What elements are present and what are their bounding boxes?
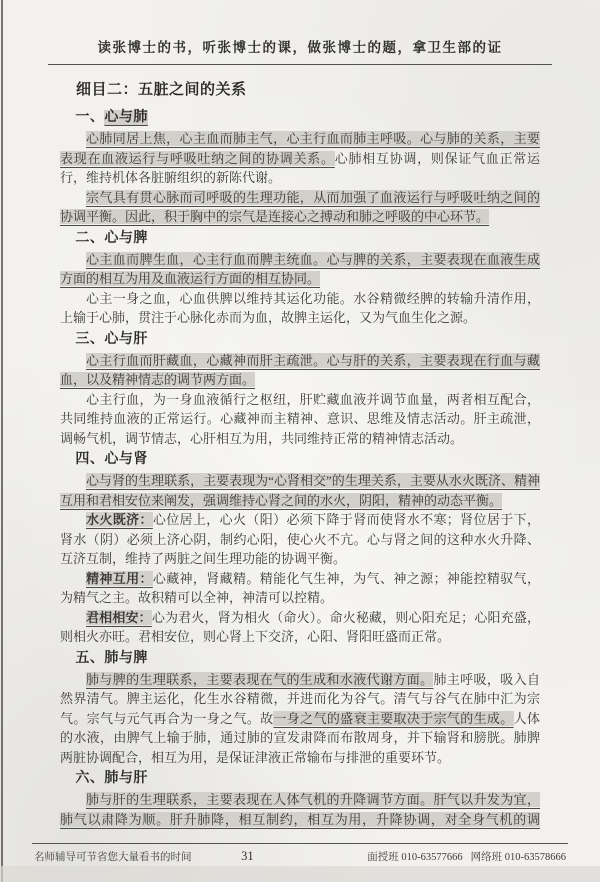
footer-contacts: 面授班 010-63577666网络班 010-63578666 (359, 849, 566, 864)
term-label: 精神互用： (86, 571, 153, 586)
paragraph: 心主行血，为一身血液循行之枢纽，肝贮藏血液并调节血量，两者相互配合，共同维持血液… (60, 390, 540, 449)
paragraph: 精神互用：心藏神，肾藏精。精能化气生神，为气、神之源；神能控精驭气，为精气之主。… (60, 569, 540, 608)
paragraph: 心主一身之血，心血供脾以维持其运化功能。水谷精微经脾的转输升清作用，上输于心肺，… (60, 289, 540, 328)
highlighted-run: 心主血而脾生血，心主行血而脾主统血。心与脾的关系，主要表现在血液生成方面的相互为… (60, 252, 540, 287)
footer-contact-online: 网络班 010-63578666 (471, 852, 566, 863)
paragraph: 心主行血而肝藏血，心藏神而肝主疏泄。心与肝的关系，主要表现在行血与藏血，以及精神… (60, 351, 540, 390)
paragraph: 肺与肝的生理联系，主要表现在人体气机的升降调节方面。肝气以升发为宜，肺气以肃降为… (60, 790, 540, 831)
section-heading: 六、肺与肝 (60, 768, 540, 789)
page-number: 31 (241, 849, 254, 864)
paragraph: 君相相安：心为君火，肾为相火（命火）。命火秘藏，则心阳充足；心阳充盛，则相火亦旺… (60, 608, 540, 647)
section-name: 肺与脾 (104, 651, 148, 666)
highlighted-run: 肺与肝的生理联系，主要表现在人体气机的升降调节方面。肝气以升发为宜，肺气以肃降为… (60, 792, 540, 831)
paragraph: 肺与脾的生理联系，主要表现在气的生成和水液代谢方面。肺主呼吸，吸入自然界清气。脾… (60, 670, 540, 768)
section-name: 心与脾 (104, 231, 148, 246)
section-number: 二、 (75, 231, 104, 246)
term-label: 君相相安： (86, 610, 152, 625)
section-number: 一、 (75, 110, 104, 125)
highlighted-run: 宗气具有贯心脉而司呼吸的生理功能，从而加强了血液运行与呼吸吐纳之间的协调平衡。因… (60, 190, 540, 225)
text-run: 心主行血，为一身血液循行之枢纽，肝贮藏血液并调节血量，两者相互配合，共同维持血液… (60, 392, 540, 446)
section-heading: 三、心与肝 (60, 329, 540, 350)
section-number: 五、 (75, 651, 104, 666)
page-content: 细目二：五脏之间的关系 一、心与肺 心肺同居上焦，心主血而肺主气，心主行血而肺主… (0, 65, 600, 831)
section-name: 肺与肝 (104, 771, 148, 786)
scan-left-edge (1, 0, 3, 882)
section-heading: 五、肺与脾 (60, 648, 540, 669)
section-heart-lung: 一、心与肺 心肺同居上焦，心主血而肺主气，心主行血而肺主呼吸。心与肺的关系，主要… (60, 107, 540, 227)
section-heading: 四、心与肾 (60, 449, 540, 470)
paragraph: 水火既济：心位居上，心火（阳）必须下降于肾而使肾水不寒；肾位居于下，肾水（阴）必… (60, 510, 540, 569)
section-heading: 一、心与肺 (60, 107, 540, 128)
page-title: 细目二：五脏之间的关系 (76, 79, 540, 101)
page-footer: 名师辅导可节省您大量看书的时间 31 面授班 010-63577666网络班 0… (0, 843, 600, 864)
section-name: 心与肺 (104, 110, 148, 125)
footer-divider (32, 843, 568, 844)
section-heart-spleen: 二、心与脾 心主血而脾生血，心主行血而脾主统血。心与脾的关系，主要表现在血液生成… (60, 228, 540, 328)
section-name: 心与肾 (104, 452, 148, 467)
section-name: 心与肝 (104, 332, 148, 347)
term-label: 水火既济： (86, 512, 153, 527)
highlighted-run: 心与肾的生理联系，主要表现为“心肾相交”的生理关系，主要从水火既济、精神互用和君… (60, 473, 540, 508)
section-number: 四、 (75, 452, 104, 467)
highlighted-run: 肺与脾的生理联系，主要表现在气的生成和水液代谢方面。 (86, 672, 433, 687)
paragraph: 宗气具有贯心脉而司呼吸的生理功能，从而加强了血液运行与呼吸吐纳之间的协调平衡。因… (60, 188, 540, 227)
section-number: 六、 (75, 771, 104, 786)
paragraph: 心肺同居上焦，心主血而肺主气，心主行血而肺主呼吸。心与肺的关系，主要表现在血液运… (60, 129, 540, 188)
paragraph: 心与肾的生理联系，主要表现为“心肾相交”的生理关系，主要从水火既济、精神互用和君… (60, 471, 540, 510)
highlighted-run: 心主行血而肝藏血，心藏神而肝主疏泄。心与肝的关系，主要表现在行血与藏血，以及精神… (60, 353, 540, 388)
section-lung-liver: 六、肺与肝 肺与肝的生理联系，主要表现在人体气机的升降调节方面。肝气以升发为宜，… (60, 768, 540, 831)
text-run: 心主一身之血，心血供脾以维持其运化功能。水谷精微经脾的转输升清作用，上输于心肺，… (60, 291, 540, 326)
paragraph: 心主血而脾生血，心主行血而脾主统血。心与脾的关系，主要表现在血液生成方面的相互为… (60, 250, 540, 289)
footer-contact-onsite: 面授班 010-63577666 (367, 852, 462, 863)
header-motto: 读张博士的书，听张博士的课，做张博士的题，拿卫生部的证 (0, 36, 600, 56)
highlighted-run: 一身之气的盛衰主要取决于宗气的生成。 (273, 711, 513, 726)
section-heart-liver: 三、心与肝 心主行血而肝藏血，心藏神而肝主疏泄。心与肝的关系，主要表现在行血与藏… (60, 329, 540, 449)
page-header: 读张博士的书，听张博士的课，做张博士的题，拿卫生部的证 (0, 0, 600, 65)
footer-slogan: 名师辅导可节省您大量看书的时间 (34, 849, 192, 864)
scan-bottom-edge (0, 866, 600, 882)
section-lung-spleen: 五、肺与脾 肺与脾的生理联系，主要表现在气的生成和水液代谢方面。肺主呼吸，吸入自… (60, 648, 540, 768)
section-number: 三、 (75, 332, 104, 347)
scanned-page: 读张博士的书，听张博士的课，做张博士的题，拿卫生部的证 细目二：五脏之间的关系 … (0, 0, 600, 882)
section-heading: 二、心与脾 (60, 228, 540, 249)
section-heart-kidney: 四、心与肾 心与肾的生理联系，主要表现为“心肾相交”的生理关系，主要从水火既济、… (60, 449, 540, 647)
